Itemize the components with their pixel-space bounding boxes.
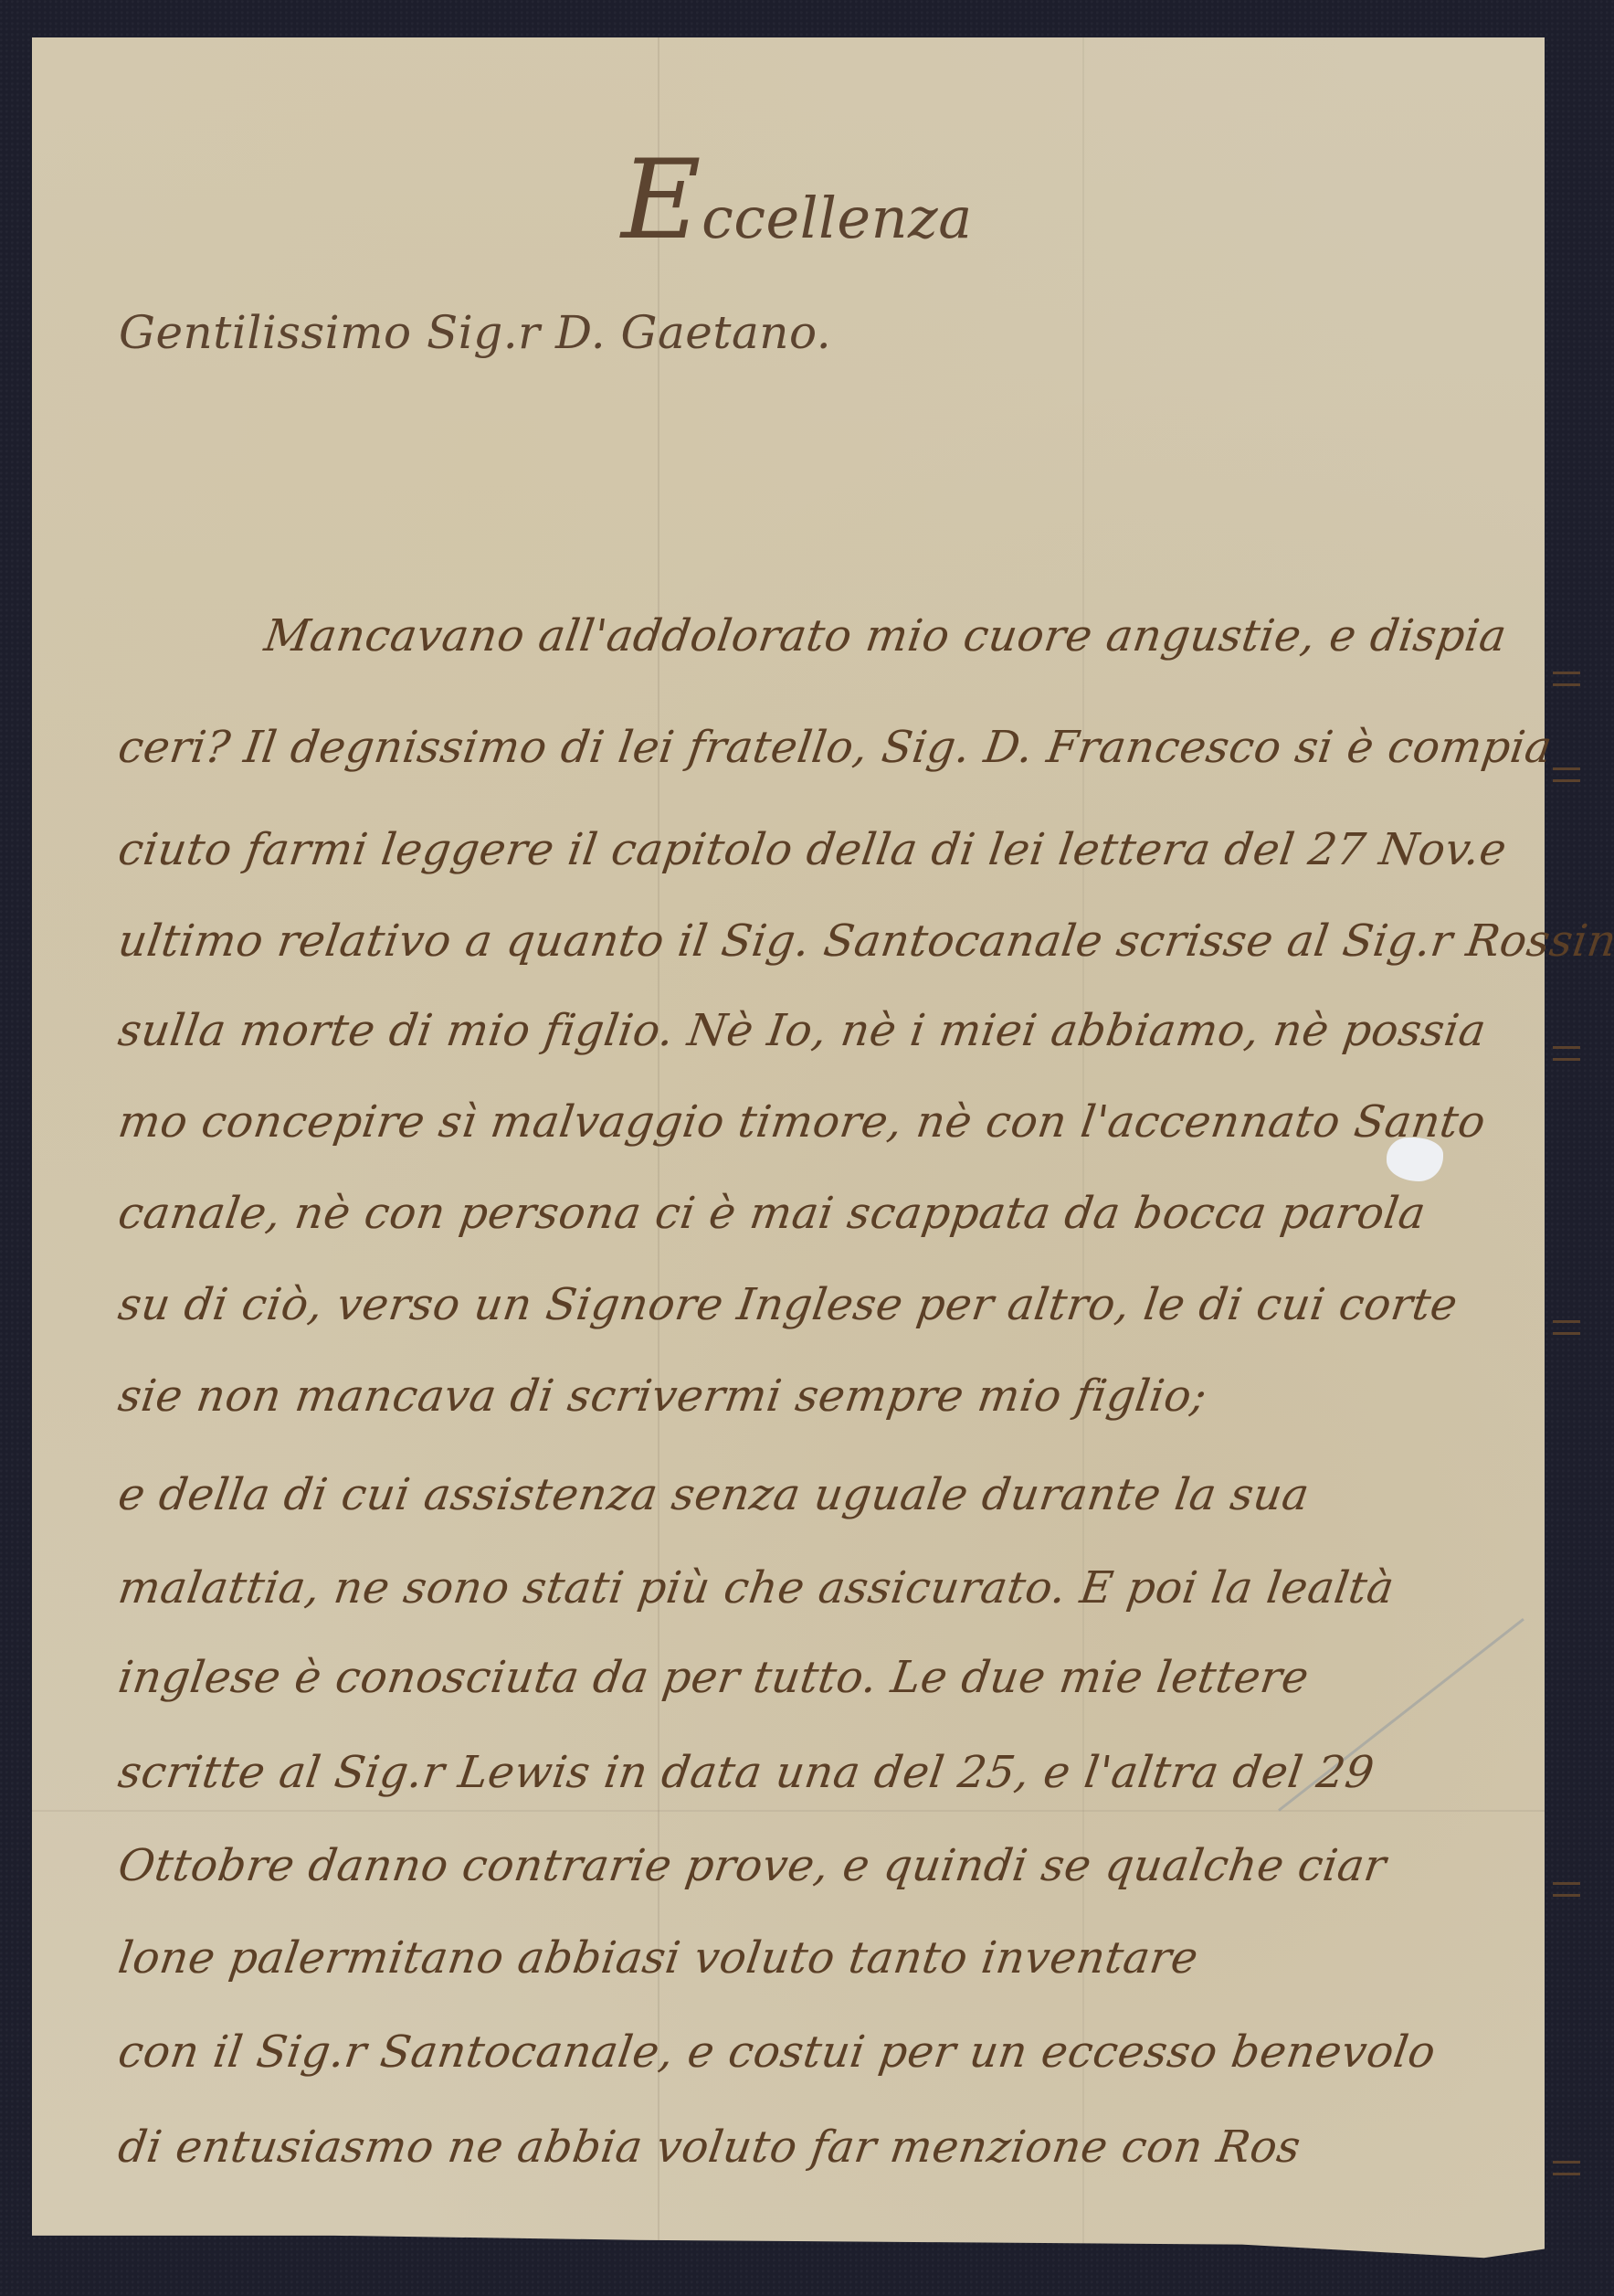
- letter-line: lone palermitano abbiasi voluto tanto in…: [115, 1932, 1201, 1984]
- letter-line: canale, nè con persona ci è mai scappata…: [115, 1188, 1429, 1239]
- letter-line: Ottobre danno contrarie prove, e quindi …: [115, 1840, 1389, 1891]
- line-continuation-mark: [1553, 672, 1580, 686]
- letter-line: ultimo relativo a quanto il Sig. Santoca…: [115, 915, 1614, 967]
- fold-crease-horizontal: [32, 1810, 1545, 1812]
- heading-eccellenza: Eccellenza: [621, 137, 973, 264]
- letter-line: mo concepire sì malvaggio timore, nè con…: [115, 1096, 1489, 1148]
- letter-line: ciuto farmi leggere il capitolo della di…: [115, 824, 1510, 875]
- letter-line: Mancavano all'addolorato mio cuore angus…: [261, 610, 1510, 661]
- letter-line: sie non mancava di scrivermi sempre mio …: [115, 1370, 1210, 1422]
- letter-line: scritte al Sig.r Lewis in data una del 2…: [115, 1747, 1377, 1798]
- letter-line: sulla morte di mio figlio. Nè Io, nè i m…: [115, 1005, 1489, 1056]
- letter-line: su di ciò, verso un Signore Inglese per …: [115, 1279, 1461, 1330]
- salutation-line: Gentilissimo Sig.r D. Gaetano.: [119, 306, 831, 359]
- letter-line: inglese è conosciuta da per tutto. Le du…: [115, 1652, 1312, 1703]
- letter-line: e della di cui assistenza senza uguale d…: [115, 1469, 1313, 1520]
- line-continuation-mark: [1553, 1046, 1580, 1061]
- line-continuation-mark: [1553, 1320, 1580, 1335]
- letter-line: ceri? Il degnissimo di lei fratello, Sig…: [115, 722, 1556, 773]
- line-continuation-mark: [1553, 1882, 1580, 1897]
- letter-line: con il Sig.r Santocanale, e costui per u…: [115, 2026, 1439, 2078]
- letter-line: di entusiasmo ne abbia voluto far menzio…: [115, 2121, 1303, 2173]
- line-continuation-mark: [1553, 2161, 1580, 2175]
- letter-line: malattia, ne sono stati più che assicura…: [115, 1562, 1398, 1614]
- line-continuation-mark: [1553, 767, 1580, 782]
